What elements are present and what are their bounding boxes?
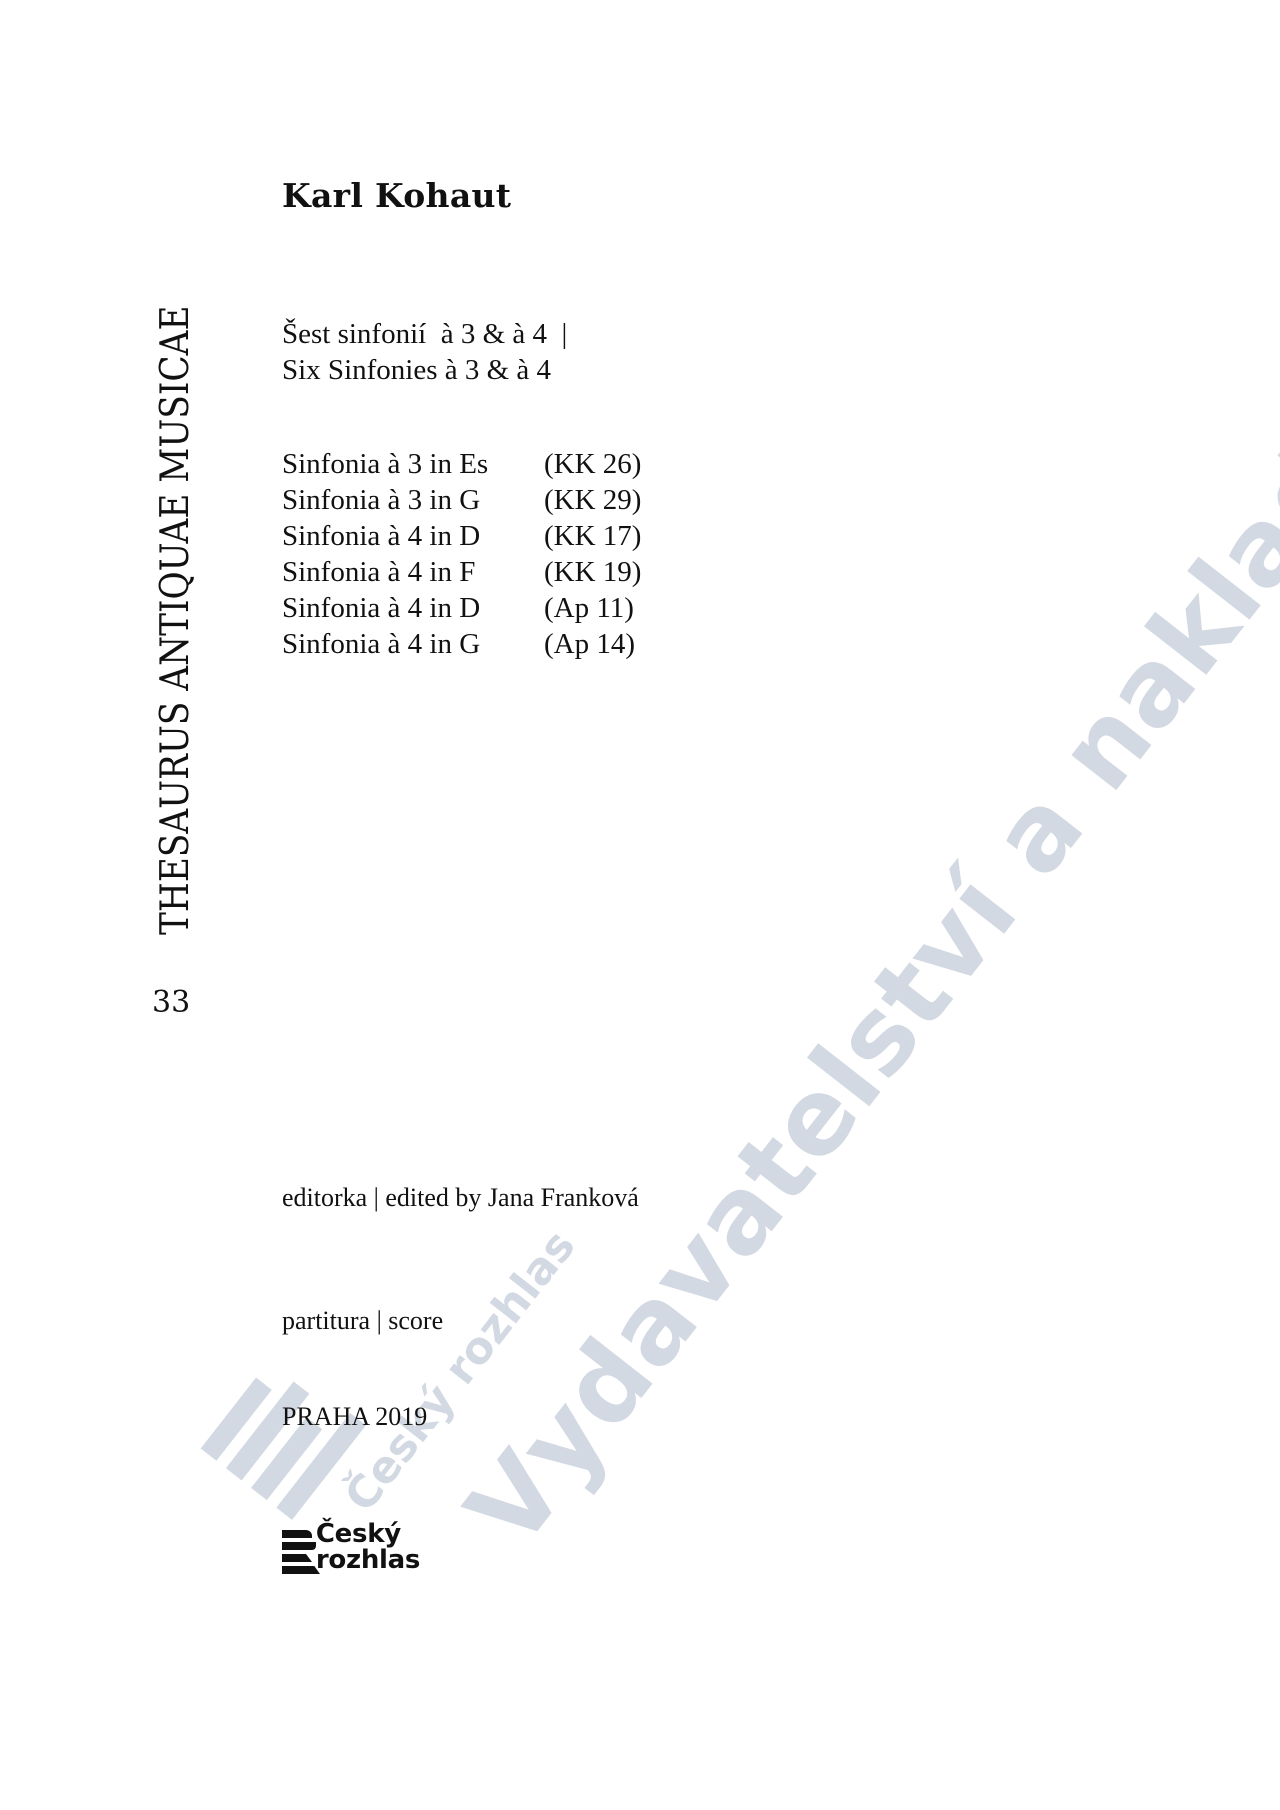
subtitle-line-english: Six Sinfonies à 3 & à 4 [282, 352, 567, 388]
work-catalog: (Ap 14) [544, 626, 635, 662]
series-number: 33 [152, 985, 190, 1020]
work-catalog: (Ap 11) [544, 590, 634, 626]
work-item: Sinfonia à 4 in D (KK 17) [282, 518, 641, 554]
work-title: Sinfonia à 3 in G [282, 482, 544, 518]
series-title: THESAURUS ANTIQUAE MUSICAE [156, 305, 195, 935]
work-item: Sinfonia à 4 in G (Ap 14) [282, 626, 641, 662]
editor-credit: editorka | edited by Jana Franková [282, 1183, 639, 1213]
work-item: Sinfonia à 3 in G (KK 29) [282, 482, 641, 518]
title-page: Vydavatelství a nakladatelství Český roz… [0, 0, 1280, 1810]
watermark-main-text: Vydavatelství a nakladatelství [443, 564, 1266, 1569]
publisher: Český rozhlas [282, 1521, 435, 1574]
place-and-year: PRAHA 2019 [282, 1402, 427, 1432]
work-title: Sinfonia à 4 in D [282, 518, 544, 554]
collection-subtitle: Šest sinfonií à 3 & à 4 | Six Sinfonies … [282, 316, 567, 388]
work-catalog: (KK 26) [544, 446, 641, 482]
work-title: Sinfonia à 4 in G [282, 626, 544, 662]
subtitle-line-czech: Šest sinfonií à 3 & à 4 | [282, 316, 567, 352]
edition-format: partitura | score [282, 1306, 443, 1336]
work-item: Sinfonia à 4 in F (KK 19) [282, 554, 641, 590]
composer-name: Karl Kohaut [282, 176, 511, 215]
work-item: Sinfonia à 3 in Es (KK 26) [282, 446, 641, 482]
work-catalog: (KK 19) [544, 554, 641, 590]
works-list: Sinfonia à 3 in Es (KK 26) Sinfonia à 3 … [282, 446, 641, 662]
work-catalog: (KK 17) [544, 518, 641, 554]
publisher-name: Český rozhlas [316, 1521, 435, 1573]
work-title: Sinfonia à 4 in D [282, 590, 544, 626]
work-title: Sinfonia à 4 in F [282, 554, 544, 590]
cesky-rozhlas-logo-icon [282, 1530, 305, 1574]
work-item: Sinfonia à 4 in D (Ap 11) [282, 590, 641, 626]
watermark-logo-icon [201, 1330, 412, 1541]
work-catalog: (KK 29) [544, 482, 641, 518]
work-title: Sinfonia à 3 in Es [282, 446, 544, 482]
watermark-sub-text: Český rozhlas [335, 1221, 585, 1521]
